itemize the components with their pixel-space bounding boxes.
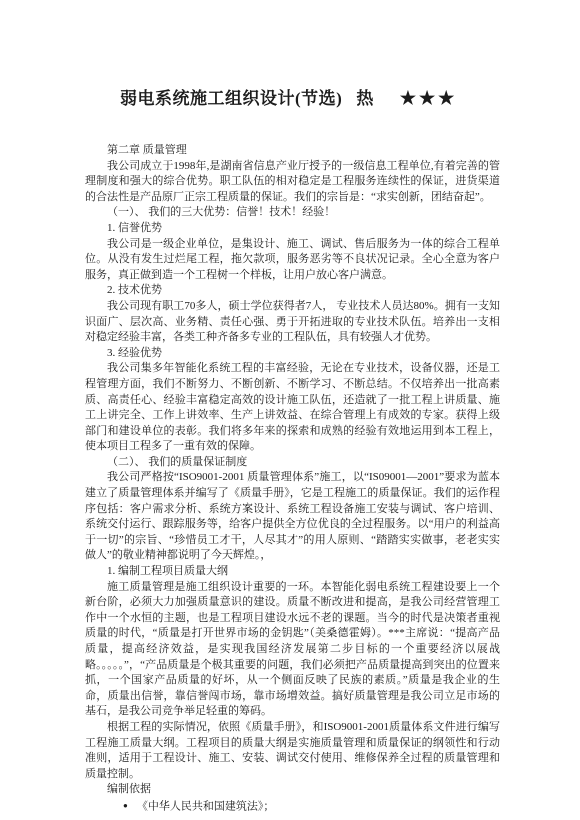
subsection-heading-quality-outline: 1. 编制工程项目质量大纲: [85, 564, 500, 580]
subsection-heading-experience: 3. 经验优势: [85, 346, 500, 362]
document-body: 第二章 质量管理 我公司成立于1998年,是湖南省信息产业厅授予的一级信息工程单…: [85, 143, 500, 815]
subsection-heading-technology: 2. 技术优势: [85, 283, 500, 299]
document-title: 弱电系统施工组织设计(节选)热★★★: [0, 0, 580, 109]
bullet-icon: ●: [123, 801, 128, 810]
title-text: 弱电系统施工组织设计(节选): [120, 89, 342, 108]
paragraph: 我公司严格按“ISO9001-2001 质量管理体系”施工，以“IS09001—…: [85, 470, 500, 564]
chapter-heading: 第二章 质量管理: [85, 143, 500, 159]
paragraph: 根据工程的实际情况，依照《质量手册》，和ISO9001-2001质量体系文件进行…: [85, 720, 500, 782]
paragraph: 我公司成立于1998年,是湖南省信息产业厅授予的一级信息工程单位,有着完善的管理…: [85, 159, 500, 206]
bullet-item-text: 《中华人民共和国建筑法》；: [137, 800, 275, 812]
bullet-item: ●《中华人民共和国建筑法》；: [85, 798, 500, 815]
paragraph: 施工质量管理是施工组织设计重要的一环。本智能化弱电系统工程建设要上一个新台阶，必…: [85, 580, 500, 720]
paragraph: 我公司现有职工70多人，硕士学位获得者7人， 专业技术人员达80%。拥有一支知识…: [85, 299, 500, 346]
paragraph: 我公司集多年智能化系统工程的丰富经验，无论在专业技术，设备仪器，还是工程管理方面…: [85, 361, 500, 455]
paragraph: 我公司是一级企业单位，是集设计、施工、调试、售后服务为一体的综合工程单位。从没有…: [85, 237, 500, 284]
section-heading-quality-assurance: （二）、 我们的质量保证制度: [85, 455, 500, 471]
title-stars-icon: ★★★: [400, 88, 457, 108]
subsection-heading-reputation: 1. 信誉优势: [85, 221, 500, 237]
title-hot-label: 热: [356, 89, 374, 108]
section-heading-advantages: （一）、 我们的三大优势：信誉！技术！经验！: [85, 205, 500, 221]
document-page: 弱电系统施工组织设计(节选)热★★★ 第二章 质量管理 我公司成立于1998年,…: [0, 0, 580, 820]
list-label-compilation-basis: 编制依据: [85, 782, 500, 798]
